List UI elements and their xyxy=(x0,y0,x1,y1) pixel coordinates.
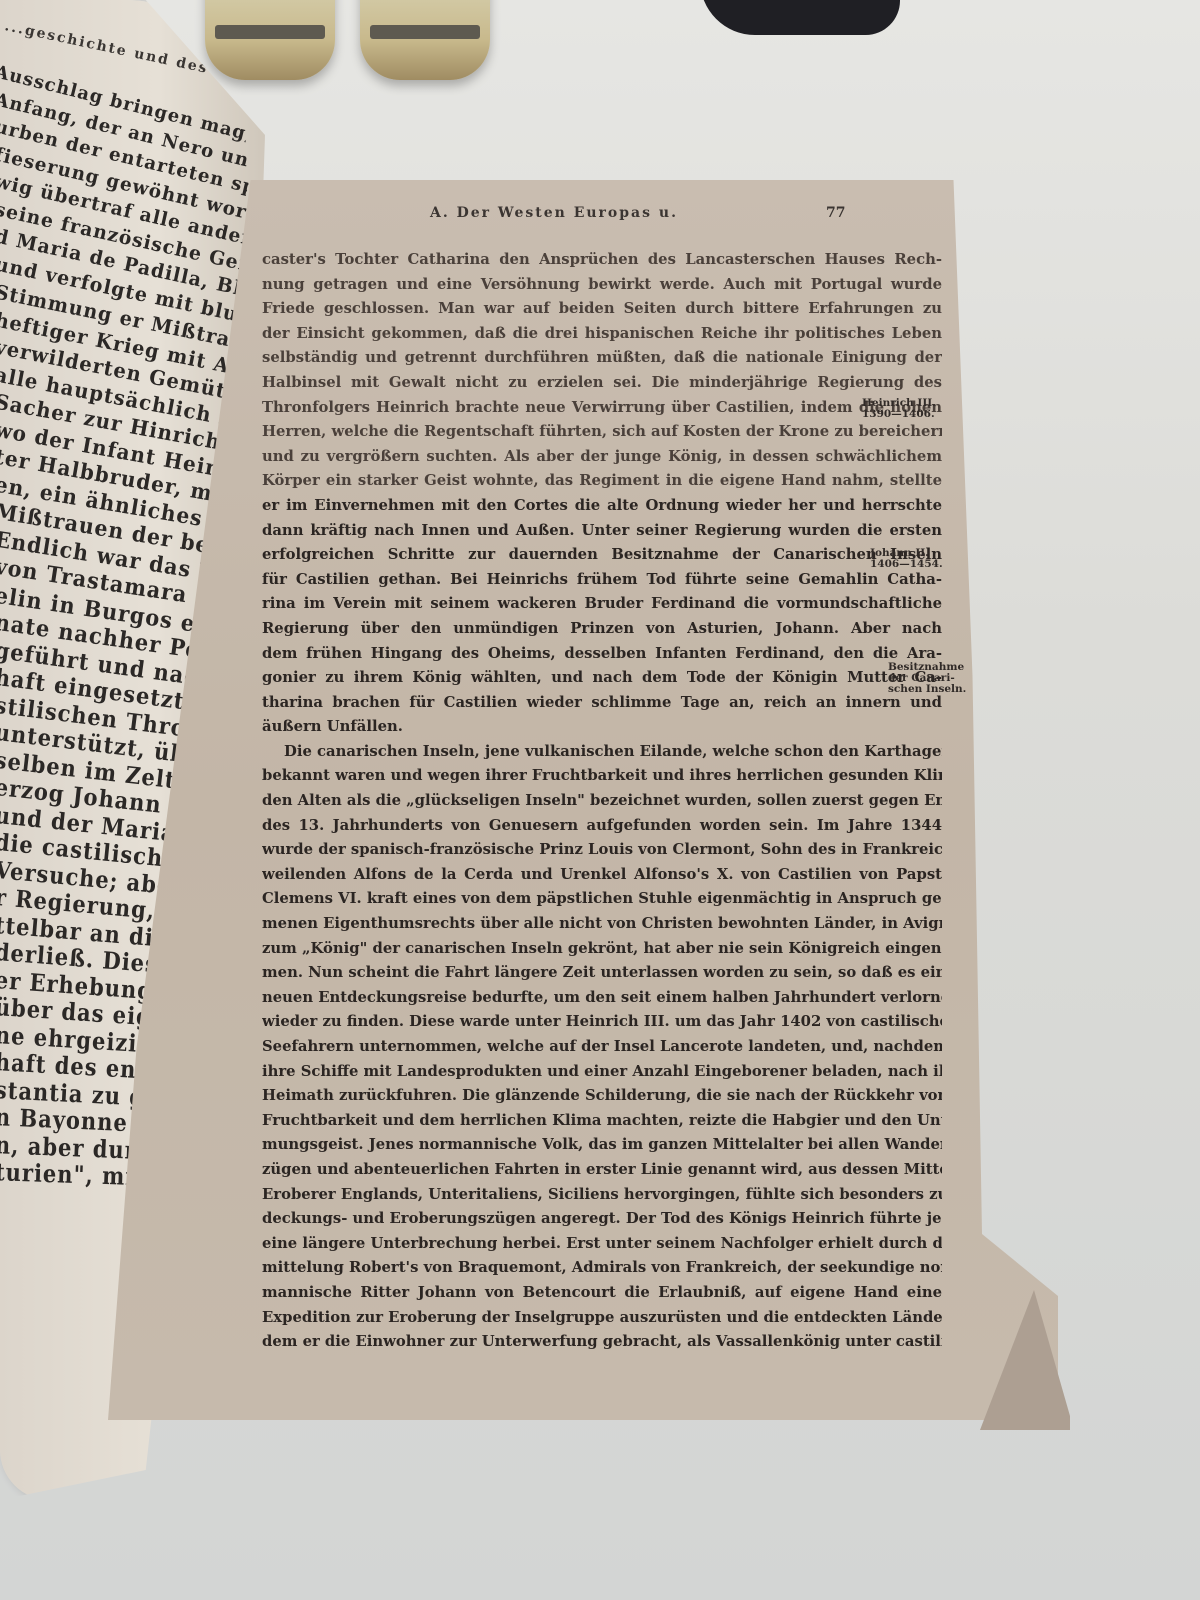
text-line: Körper ein starker Geist wohnte, das Reg… xyxy=(262,469,942,494)
text-line: wieder zu finden. Diese warde unter Hein… xyxy=(262,1010,942,1035)
text-line: men. Nun scheint die Fahrt längere Zeit … xyxy=(262,961,942,986)
text-line: Seefahrern unternommen, welche auf der I… xyxy=(262,1035,942,1060)
margin-note-heinrich: Heinrich III. 1390—1406. xyxy=(862,398,936,420)
margin-note-johann: Johann II. 1406—1454. xyxy=(870,548,943,570)
text-line: Expedition zur Eroberung der Inselgruppe… xyxy=(262,1306,942,1331)
text-line: zum „König" der canarischen Inseln gekrö… xyxy=(262,937,942,962)
text-line: den Alten als die „glückseligen Inseln" … xyxy=(262,789,942,814)
text-line: Friede geschlossen. Man war auf beiden S… xyxy=(262,297,942,322)
text-line: Heimath zurückfuhren. Die glänzende Schi… xyxy=(262,1084,942,1109)
text-line: deckungs- und Eroberungszügen angeregt. … xyxy=(262,1207,942,1232)
text-line: Regierung über den unmündigen Prinzen vo… xyxy=(262,617,942,642)
text-line: Eroberer Englands, Unteritaliens, Sicili… xyxy=(262,1183,942,1208)
text-line: mittelung Robert's von Braquemont, Admir… xyxy=(262,1256,942,1281)
text-line: selbständig und getrennt durchführen müß… xyxy=(262,346,942,371)
text-line: tharina brachen für Castilien wieder sch… xyxy=(262,691,942,716)
page-number: 77 xyxy=(826,205,845,221)
running-head: A. Der Westen Europas u. xyxy=(430,205,678,221)
text-line: er im Einvernehmen mit den Cortes die al… xyxy=(262,494,942,519)
background-jar xyxy=(360,0,490,80)
margin-note-line: 1390—1406. xyxy=(862,409,936,420)
margin-note-line: schen Inseln. xyxy=(888,684,966,695)
text-line: Halbinsel mit Gewalt nicht zu erzielen s… xyxy=(262,371,942,396)
text-line: dem er die Einwohner zur Unterwerfung ge… xyxy=(262,1330,942,1355)
text-line: dann kräftig nach Innen und Außen. Unter… xyxy=(262,519,942,544)
text-line: rina im Verein mit seinem wackeren Brude… xyxy=(262,592,942,617)
text-line: des 13. Jahrhunderts von Genuesern aufge… xyxy=(262,814,942,839)
text-line: nung getragen und eine Versöhnung bewirk… xyxy=(262,273,942,298)
margin-note-besitznahme: Besitznahme der Canari- schen Inseln. xyxy=(888,662,966,695)
text-line: Fruchtbarkeit und dem herrlichen Klima m… xyxy=(262,1109,942,1134)
text-line: und zu vergrößern suchten. Als aber der … xyxy=(262,445,942,470)
text-line: Thronfolgers Heinrich brachte neue Verwi… xyxy=(262,396,942,421)
jar-band xyxy=(370,25,480,39)
margin-note-line: 1406—1454. xyxy=(870,559,943,570)
text-line: Die canarischen Inseln, jene vulkanische… xyxy=(262,740,942,765)
text-line: Clemens VI. kraft eines von dem päpstlic… xyxy=(262,887,942,912)
text-line: weilenden Alfons de la Cerda und Urenkel… xyxy=(262,863,942,888)
text-line: neuen Entdeckungsreise bedurfte, um den … xyxy=(262,986,942,1011)
jar-band xyxy=(215,25,325,39)
text-line: äußern Unfällen. xyxy=(262,715,942,740)
text-line: gonier zu ihrem König wählten, und nach … xyxy=(262,666,942,691)
background-dark-pouch xyxy=(700,0,900,35)
text-line: bekannt waren und wegen ihrer Fruchtbark… xyxy=(262,764,942,789)
text-line: zügen und abenteuerlichen Fahrten in ers… xyxy=(262,1158,942,1183)
text-line: caster's Tochter Catharina den Ansprüche… xyxy=(262,248,942,273)
text-line: erfolgreichen Schritte zur dauernden Bes… xyxy=(262,543,942,568)
text-line: wurde der spanisch-französische Prinz Lo… xyxy=(262,838,942,863)
text-line: dem frühen Hingang des Oheims, desselben… xyxy=(262,642,942,667)
text-line: eine längere Unterbrechung herbei. Erst … xyxy=(262,1232,942,1257)
text-line: der Einsicht gekommen, daß die drei hisp… xyxy=(262,322,942,347)
text-line: Herren, welche die Regentschaft führten,… xyxy=(262,420,942,445)
text-line: für Castilien gethan. Bei Heinrichs früh… xyxy=(262,568,942,593)
body-text: caster's Tochter Catharina den Ansprüche… xyxy=(262,248,942,1355)
text-line: mannische Ritter Johann von Betencourt d… xyxy=(262,1281,942,1306)
text-line: ihre Schiffe mit Landesprodukten und ein… xyxy=(262,1060,942,1085)
text-line: mungsgeist. Jenes normannische Volk, das… xyxy=(262,1133,942,1158)
background-jar xyxy=(205,0,335,80)
text-line: menen Eigenthumsrechts über alle nicht v… xyxy=(262,912,942,937)
